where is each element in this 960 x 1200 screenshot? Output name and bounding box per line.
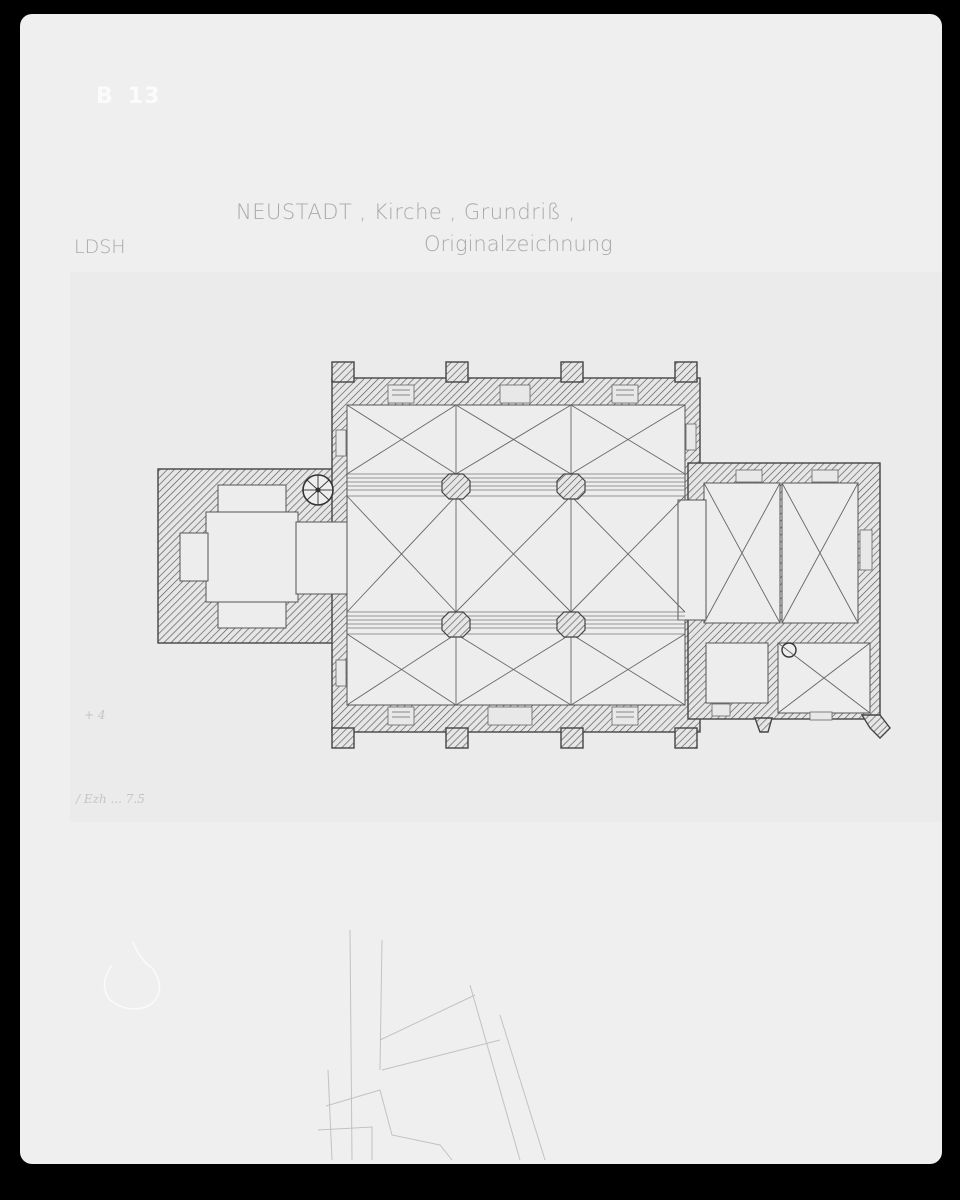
tower-room-south bbox=[218, 600, 286, 628]
sacristy-room bbox=[706, 643, 768, 703]
tower-portal bbox=[180, 533, 208, 581]
chancel-arch bbox=[678, 500, 706, 620]
nave-interior bbox=[347, 405, 685, 705]
spiral-stair-icon bbox=[303, 475, 333, 505]
tower-passage bbox=[296, 522, 348, 594]
church-ground-plan bbox=[0, 0, 960, 1200]
tower-hall bbox=[206, 512, 298, 602]
tower-room-north bbox=[218, 485, 286, 513]
